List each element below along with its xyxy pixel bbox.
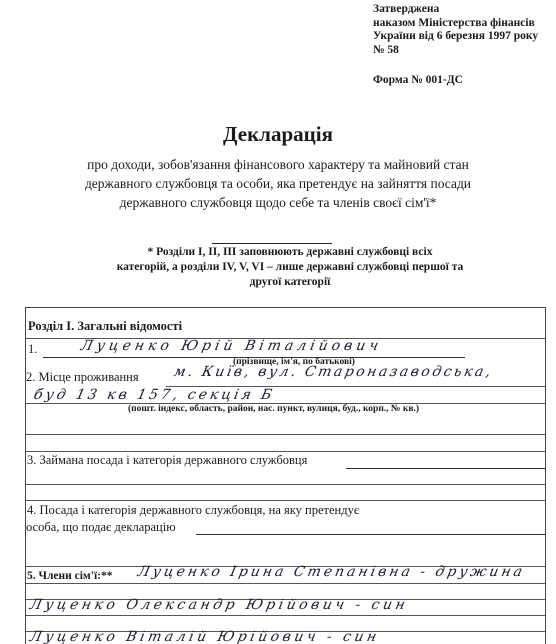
row-divider bbox=[26, 434, 545, 435]
item1-number: 1. bbox=[28, 342, 37, 357]
family-member-field[interactable]: Луценко Віталій Юрійович - син bbox=[28, 629, 381, 644]
subtitle-line: про доходи, зобов'язання фінансового хар… bbox=[60, 155, 496, 174]
footnote: * Розділи I, II, III заповнюють державні… bbox=[100, 245, 480, 290]
approval-line: наказом Міністерства фінансів bbox=[373, 17, 538, 31]
section1-form: Розділ I. Загальні відомості 1. Луценко … bbox=[25, 307, 546, 644]
footnote-line: другої категорії bbox=[100, 275, 480, 290]
family-member-field[interactable]: Луценко Олександр Юрійович - син bbox=[28, 597, 410, 613]
approval-block: Затверджена наказом Міністерства фінансі… bbox=[373, 3, 538, 57]
row-divider bbox=[26, 484, 545, 485]
item4-label-line2: особа, що подає декларацію bbox=[26, 520, 176, 535]
item2-caption: (пошт. індекс, область, район, нас. пунк… bbox=[128, 404, 419, 414]
footnote-line: категорій, а розділи IV, V, VI – лише де… bbox=[100, 260, 480, 275]
item4-label-line1: 4. Посада і категорія державного службов… bbox=[27, 503, 359, 518]
section1-heading: Розділ I. Загальні відомості bbox=[28, 319, 182, 334]
subtitle-line: державного службовця та особи, яка прете… bbox=[60, 174, 496, 193]
form-number: Форма № 001-ДС bbox=[373, 74, 463, 86]
address-line2-field[interactable]: буд 13 кв 157, секція Б bbox=[32, 387, 276, 403]
item5-label: 5. Члени сім'ї:** bbox=[27, 570, 112, 582]
row-divider bbox=[26, 583, 545, 584]
subtitle-line: державного службовця щодо себе та членів… bbox=[60, 193, 496, 212]
document-title: Декларація bbox=[0, 122, 556, 147]
approval-line: № 58 bbox=[373, 44, 538, 58]
footnote-line: * Розділи I, II, III заповнюють державні… bbox=[100, 245, 480, 260]
full-name-field[interactable]: Луценко Юрій Віталійович bbox=[79, 338, 383, 354]
approval-line: України від 6 березня 1997 року bbox=[373, 30, 538, 44]
row-divider bbox=[26, 451, 545, 452]
address-line1-field[interactable]: м. Київ, вул. Староназаводська, bbox=[172, 364, 494, 380]
item3-label: 3. Займана посада і категорія державного… bbox=[27, 453, 307, 468]
row-divider bbox=[26, 500, 545, 501]
document-subtitle: про доходи, зобов'язання фінансового хар… bbox=[60, 155, 496, 212]
family-member-field[interactable]: Луценко Ірина Степанівна - дружина bbox=[136, 564, 526, 580]
row-divider bbox=[26, 615, 545, 616]
separator-line bbox=[212, 243, 332, 244]
item2-label: 2. Місце проживання bbox=[26, 370, 139, 385]
current-position-field[interactable] bbox=[346, 468, 545, 469]
applied-position-field[interactable] bbox=[196, 534, 545, 535]
approval-line: Затверджена bbox=[373, 3, 538, 17]
